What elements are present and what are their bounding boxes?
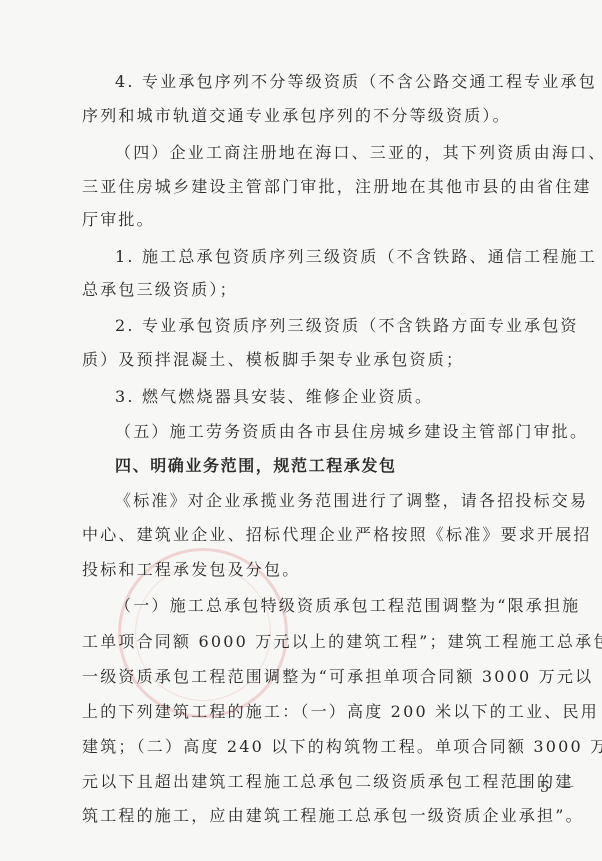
document-page: 4. 专业承包序列不分等级资质（不含公路交通工程专业承包 序列和城市轨道交通专业…: [0, 0, 602, 861]
paragraph-line: 《标准》对企业承揽业务范围进行了调整，请各招投标交易: [115, 491, 546, 511]
paragraph-line: 厅审批。: [82, 210, 546, 230]
paragraph-line: （四）企业工商注册地在海口、三亚的，其下列资质由海口、: [115, 143, 546, 163]
paragraph-line: 建筑；（二）高度 240 以下的构筑物工程。单项合同额 3000 万: [82, 737, 546, 757]
paragraph-line: 序列和城市轨道交通专业承包序列的不分等级资质）。: [82, 106, 546, 126]
paragraph-line: 1. 施工总承包资质序列三级资质（不含铁路、通信工程施工: [115, 247, 546, 267]
paragraph-line: 三亚住房城乡建设主管部门审批，注册地在其他市县的由省住建: [82, 177, 546, 197]
paragraph-line: 质）及预拌混凝土、模板脚手架专业承包资质；: [82, 350, 546, 370]
paragraph-line: 总承包三级资质）；: [82, 280, 546, 300]
paragraph-line: （五）施工劳务资质由各市县住房城乡建设主管部门审批。: [115, 422, 546, 442]
paragraph-line: 3. 燃气燃烧器具安装、维修企业资质。: [115, 387, 546, 407]
page-number: － 5 －: [514, 776, 578, 797]
paragraph-line: 一级资质承包工程范围调整为“可承担单项合同额 3000 万元以: [82, 667, 546, 687]
paragraph-line: （一）施工总承包特级资质承包工程范围调整为“限承担施: [115, 596, 546, 616]
paragraph-line: 工单项合同额 6000 万元以上的建筑工程”；建筑工程施工总承包: [82, 632, 546, 652]
paragraph-line: 4. 专业承包序列不分等级资质（不含公路交通工程专业承包: [115, 72, 546, 92]
paragraph-line: 中心、建筑业企业、招标代理企业严格按照《标准》要求开展招: [82, 525, 546, 545]
paragraph-line: 元以下且超出建筑工程施工总承包二级资质承包工程范围的建: [82, 772, 546, 792]
paragraph-line: 投标和工程承发包及分包。: [82, 560, 546, 580]
paragraph-line: 上的下列建筑工程的施工：（一）高度 200 米以下的工业、民用: [82, 702, 546, 722]
section-heading: 四、明确业务范围，规范工程承发包: [115, 456, 546, 476]
paragraph-line: 2. 专业承包资质序列三级资质（不含铁路方面专业承包资: [115, 316, 546, 336]
paragraph-line: 筑工程的施工，应由建筑工程施工总承包一级资质企业承担”。: [82, 806, 546, 826]
